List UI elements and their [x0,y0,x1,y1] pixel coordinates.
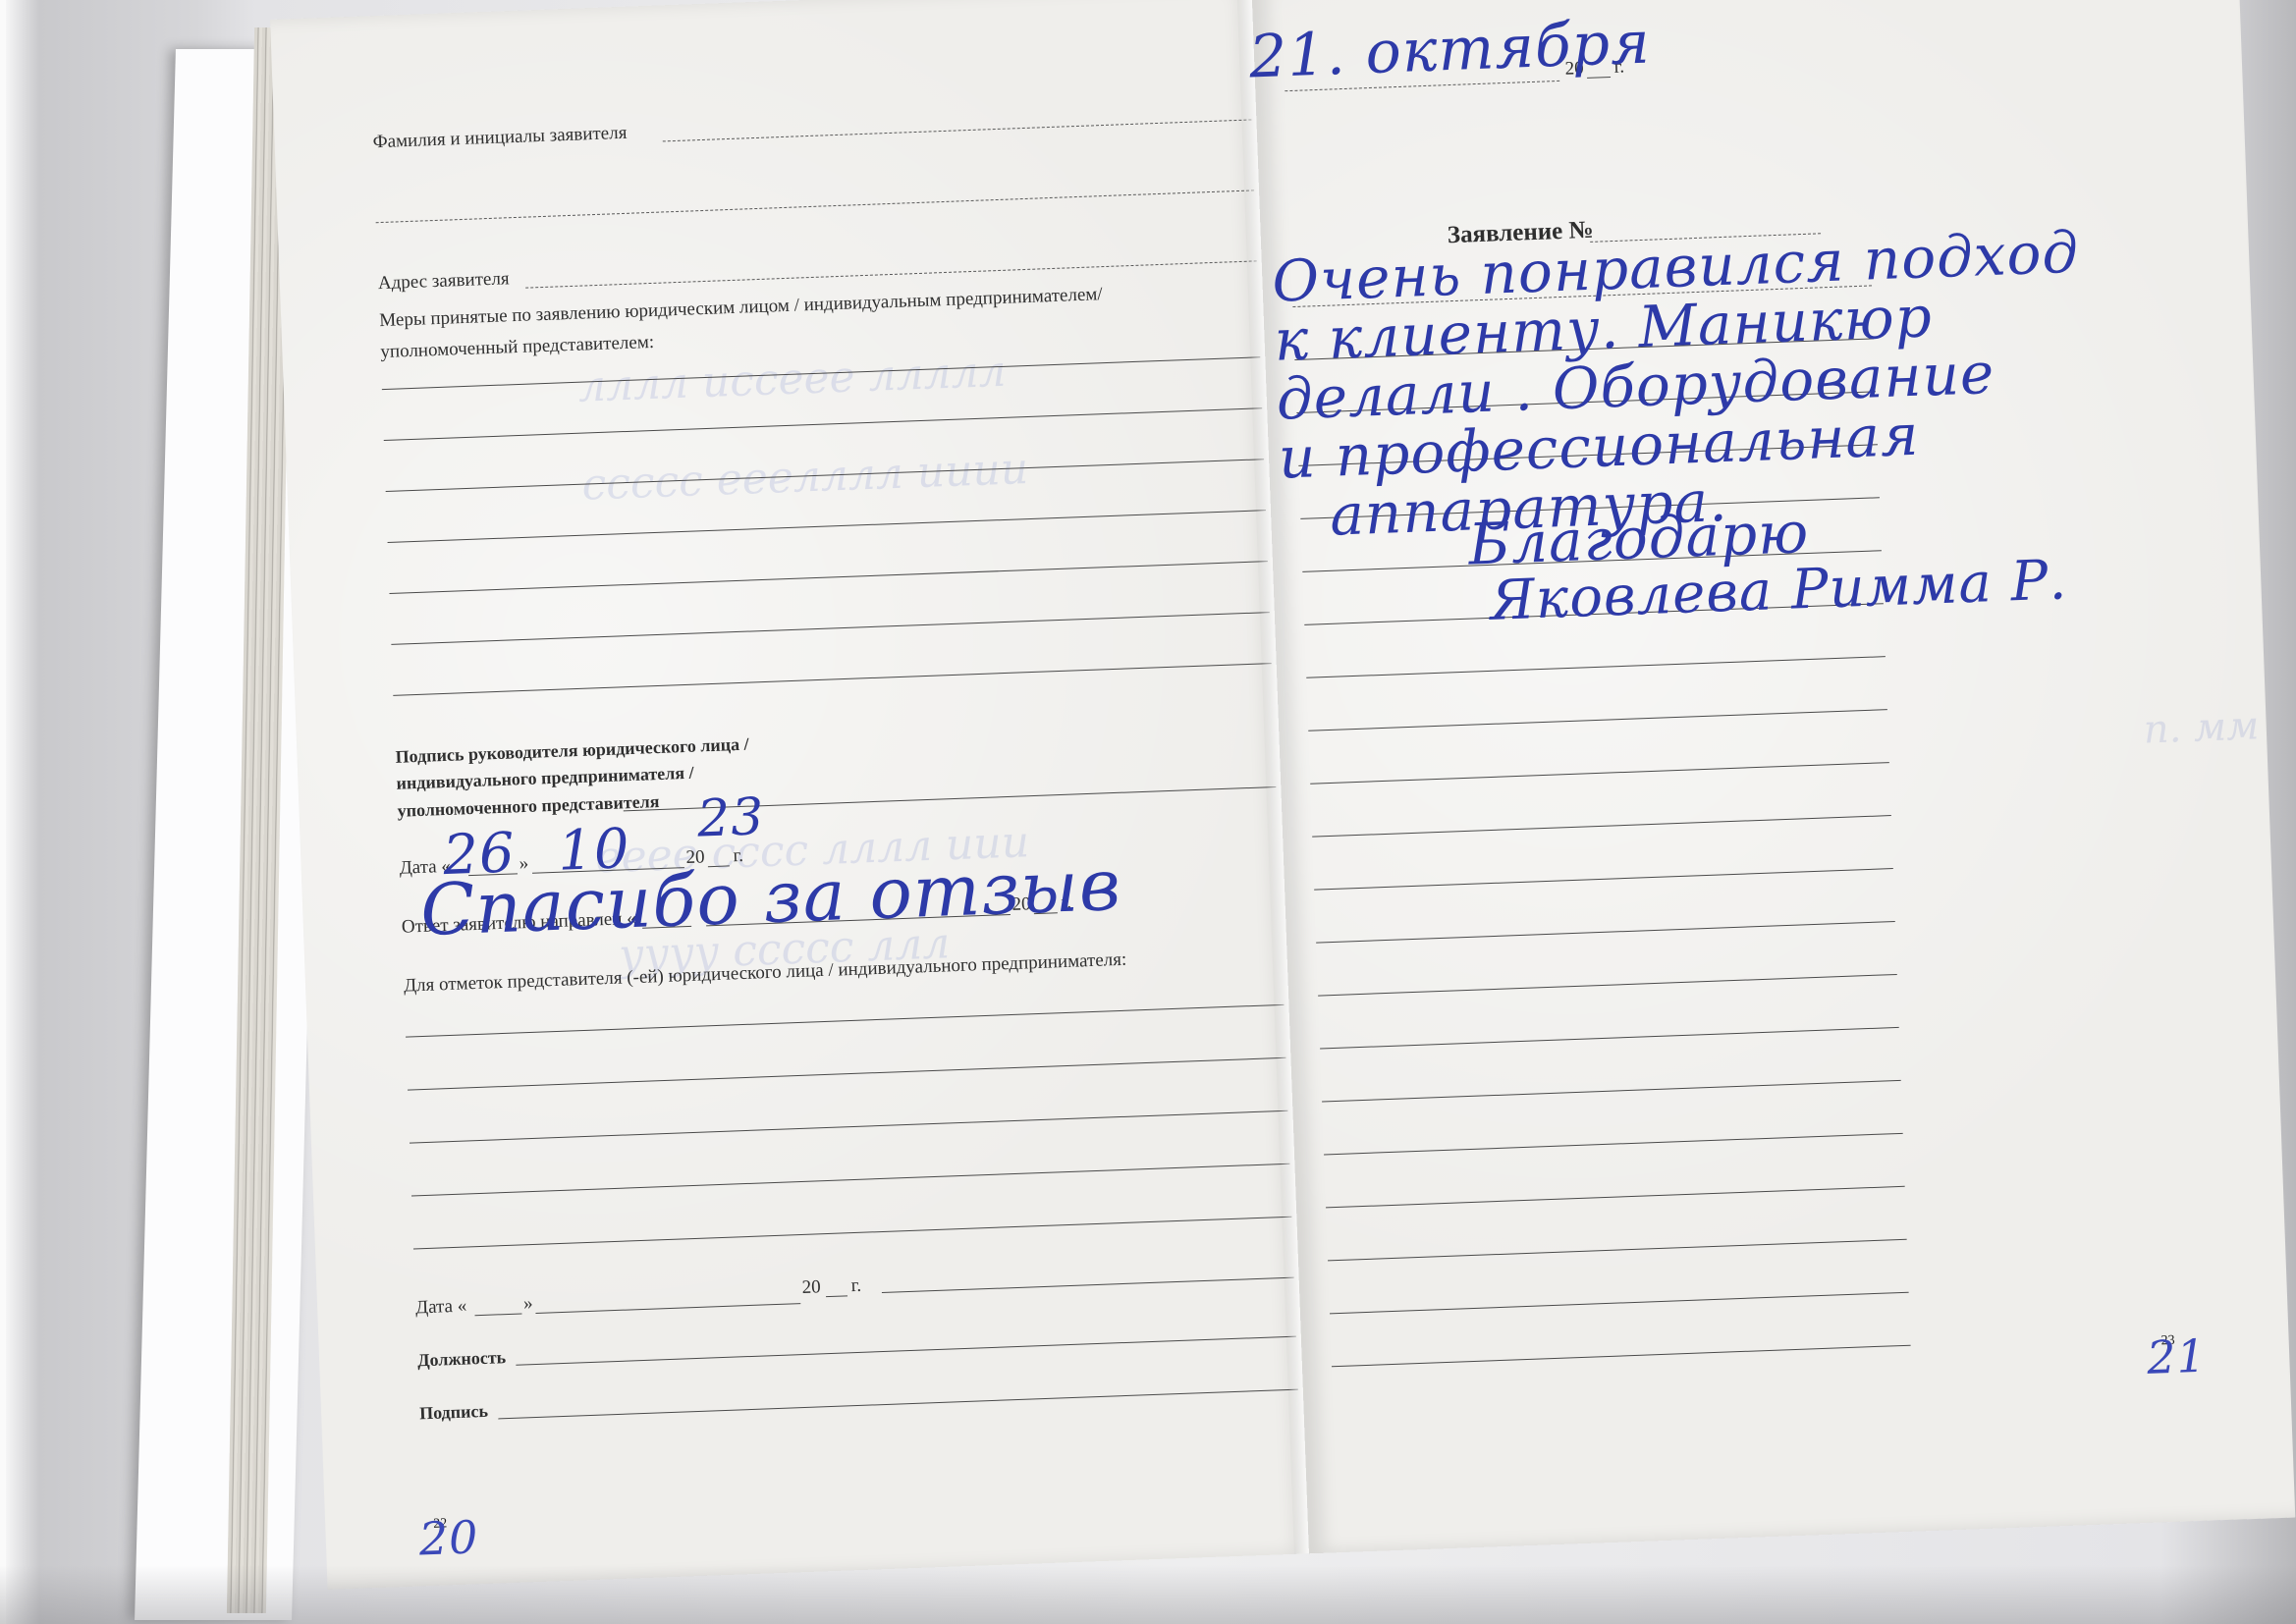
measures-line[interactable] [384,407,1262,441]
date2-year-field[interactable] [826,1295,847,1297]
measures-label: Меры принятые по заявлению юридическим л… [379,284,1103,332]
show-through-ink: п. мм [2143,703,2260,752]
notes-line[interactable] [413,1217,1291,1250]
statement-line[interactable] [1332,1345,1911,1368]
applicant-name-field-line2[interactable] [376,189,1254,223]
statement-line[interactable] [1316,921,1895,944]
date2-year-suffix: г. [850,1275,861,1297]
measures-label-line2: уполномоченный представителем: [380,332,654,363]
measures-line[interactable] [389,561,1267,594]
date2-month-field[interactable] [535,1303,800,1314]
statement-line[interactable] [1330,1292,1909,1315]
statement-line[interactable] [1318,974,1897,997]
applicant-name-label: Фамилия и инициалы заявителя [372,123,628,153]
statement-line[interactable] [1314,868,1893,891]
show-through-ink: ссссс ееелллл ииии [581,444,1029,511]
statement-line[interactable] [1306,656,1886,678]
scan-edge [0,0,6,1624]
date2-year-prefix: 20 [801,1276,821,1299]
notes-line[interactable] [410,1110,1287,1144]
position-field[interactable] [516,1336,1296,1366]
statement-line[interactable] [1324,1133,1903,1156]
signature-head-label: Подпись руководителя юридического лица / [395,734,749,768]
handwritten-date-year: 23 [696,787,765,848]
signature-label: Подпись [419,1401,489,1425]
applicant-address-field[interactable] [525,260,1257,288]
applicant-name-field[interactable] [663,119,1252,141]
measures-line[interactable] [388,510,1266,543]
notes-line[interactable] [411,1164,1289,1197]
statement-line[interactable] [1312,815,1891,838]
statement-line[interactable] [1328,1239,1907,1262]
scanner-shadow [0,1565,2296,1624]
handwritten-page-number: 21 [2146,1329,2207,1384]
applicant-address-label: Адрес заявителя [378,268,510,295]
measures-line[interactable] [393,663,1271,696]
statement-line[interactable] [1310,762,1889,785]
statement-line[interactable] [1322,1080,1901,1103]
right-page: 20 г. 21. октября Заявление № п. мм Очен… [1251,0,2295,1553]
signature-head-label-line2: индивидуального предпринимателя / [396,763,694,794]
statement-line[interactable] [1308,709,1887,731]
date2-day-field[interactable] [474,1313,521,1316]
date2-label: Дата « [415,1296,467,1320]
book-spread: лллл иссеее ллллл ссссс ееелллл ииии еее… [270,0,2296,1609]
notes-line[interactable] [408,1057,1285,1091]
handwritten-header-date: 21. октября [1248,9,1652,92]
signature-field[interactable] [498,1389,1297,1420]
notes-line[interactable] [406,1004,1284,1038]
position-label: Должность [417,1347,507,1371]
date2-extra-line[interactable] [882,1277,1294,1293]
statement-line[interactable] [1326,1186,1905,1209]
statement-line[interactable] [1320,1027,1899,1050]
measures-line[interactable] [391,612,1269,645]
handwritten-page-number: 20 [418,1510,479,1565]
left-page: лллл иссеее ллллл ссссс ееелллл ииии еее… [270,0,1309,1590]
date2-quote: » [523,1293,533,1315]
